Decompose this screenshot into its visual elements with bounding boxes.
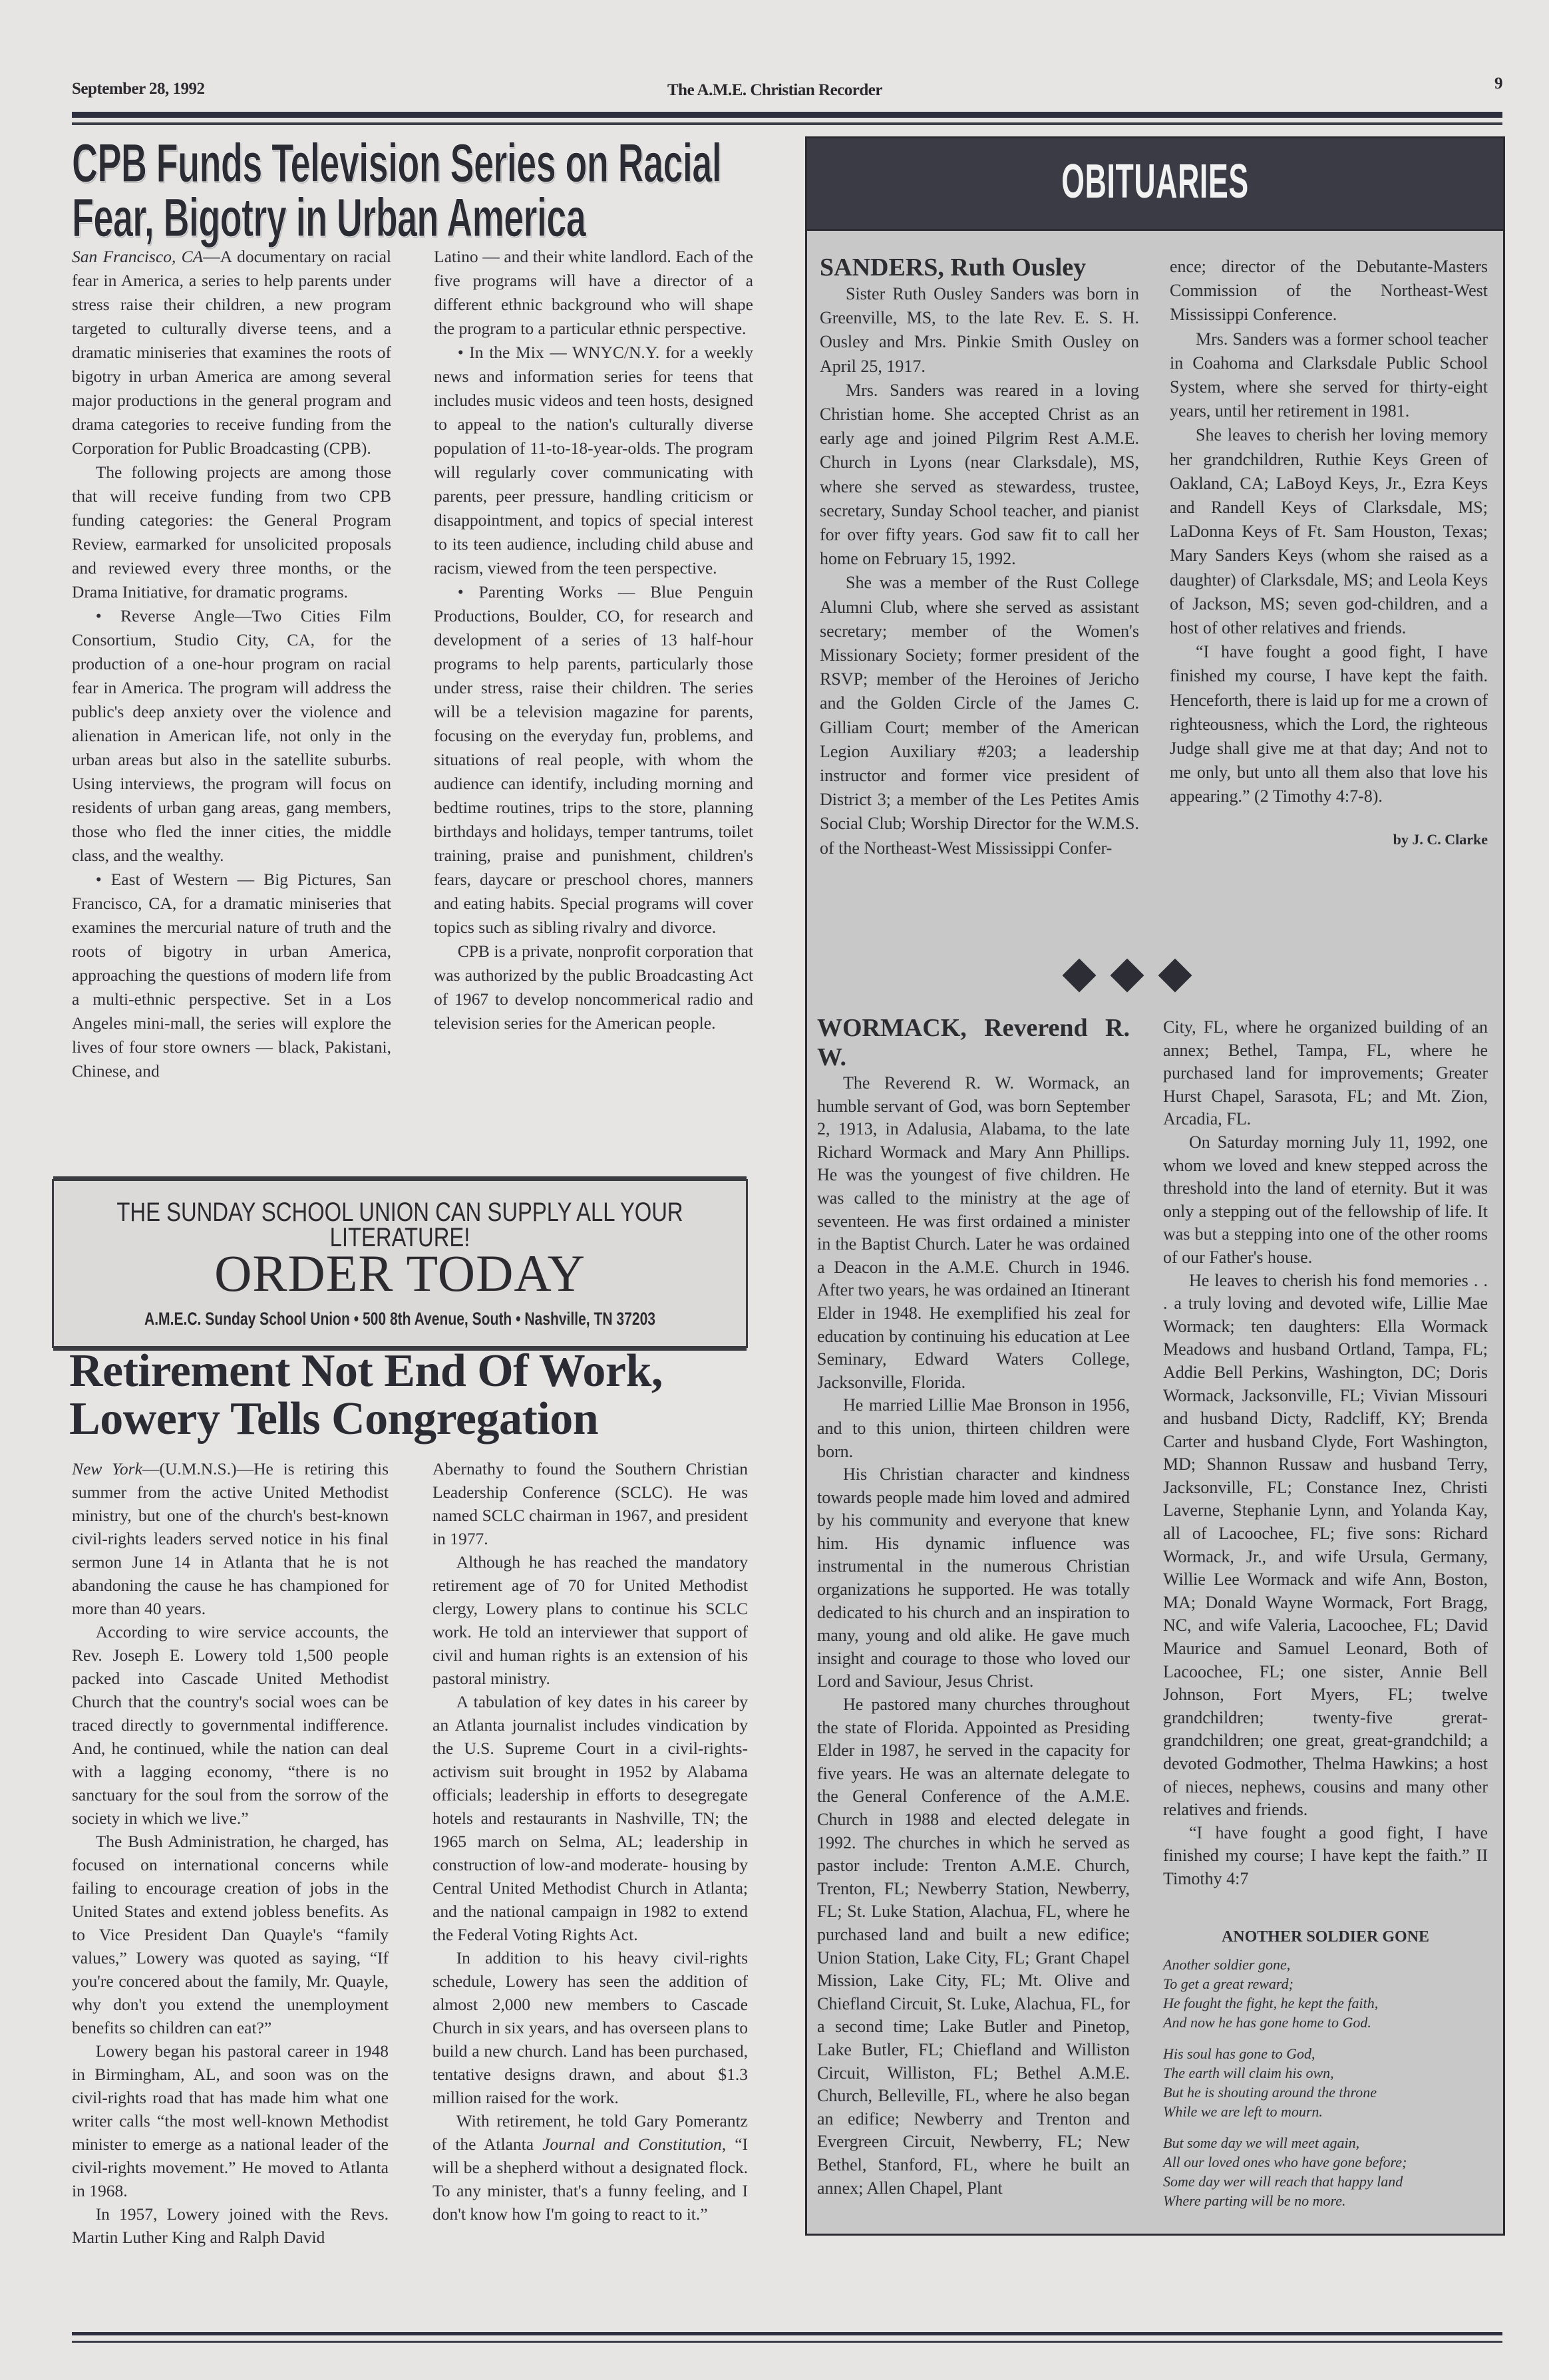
running-header: September 28, 1992 The A.M.E. Christian … <box>72 75 1502 101</box>
poem-line: But he is shouting around the throne <box>1163 2083 1488 2102</box>
obituaries-banner: OBITUARIES <box>805 136 1505 231</box>
diamond-icon <box>1063 959 1097 993</box>
dateline: San Francisco, CA <box>72 247 203 266</box>
paragraph: CPB is a private, nonprofit corporation … <box>434 939 753 1035</box>
sunday-school-union-ad: THE SUNDAY SCHOOL UNION CAN SUPPLY ALL Y… <box>52 1179 748 1348</box>
paragraph: Latino — and their white landlord. Each … <box>434 245 753 341</box>
paragraph: On Saturday morning July 11, 1992, one w… <box>1163 1131 1488 1270</box>
section-separator <box>1058 958 1198 998</box>
headline-cpb: CPB Funds Television Series on Racial Fe… <box>72 136 748 246</box>
obituary-name: SANDERS, Ruth Ousley <box>820 253 1139 282</box>
poem-line: To get a great reward; <box>1163 1974 1488 1993</box>
issue-date: September 28, 1992 <box>72 80 205 98</box>
poem-line: But some day we will meet again, <box>1163 2133 1488 2152</box>
poem-line: Some day wer will reach that happy land <box>1163 2172 1488 2191</box>
paragraph: A tabulation of key dates in his career … <box>432 1690 748 1946</box>
sanders-column-2: ence; director of the Debutante-Masters … <box>1170 255 1488 852</box>
footer-rule <box>72 2332 1502 2342</box>
obituary-name: WORMACK, Reverend R. W. <box>817 1013 1130 1072</box>
dateline: New York <box>72 1459 142 1478</box>
poem-line: The earth will claim his own, <box>1163 2063 1488 2083</box>
paragraph: Abernathy to found the Southern Christia… <box>432 1457 748 1550</box>
headline-lowery: Retirement Not End Of Work, Lowery Tells… <box>69 1347 761 1443</box>
lowery-column-1: New York—(U.M.N.S.)—He is retiring this … <box>72 1457 389 2249</box>
poem-title: ANOTHER SOLDIER GONE <box>1163 1926 1488 1949</box>
ad-order-today: ORDER TODAY <box>54 1248 746 1299</box>
byline: by J. C. Clarke <box>1170 828 1488 852</box>
paragraph: He leaves to cherish his fond memories .… <box>1163 1270 1488 1822</box>
poem-line: His soul has gone to God, <box>1163 2044 1488 2063</box>
poem-line: While we are left to mourn. <box>1163 2102 1488 2121</box>
obituaries-title: OBITUARIES <box>940 154 1371 209</box>
paragraph: The Bush Administration, he charged, has… <box>72 1830 389 2039</box>
header-rule <box>72 112 1502 126</box>
wormack-column-2: City, FL, where he organized building of… <box>1163 1016 1488 2210</box>
paragraph: She leaves to cherish her loving memory … <box>1170 423 1488 640</box>
obituaries-section: OBITUARIES SANDERS, Ruth Ousley Sister R… <box>805 136 1505 2236</box>
paragraph: Sister Ruth Ousley Sanders was born in G… <box>820 282 1139 379</box>
cpb-column-2: Latino — and their white landlord. Each … <box>434 245 753 1035</box>
paragraph: Mrs. Sanders was a former school teacher… <box>1170 327 1488 424</box>
newspaper-page: September 28, 1992 The A.M.E. Christian … <box>0 0 1549 2380</box>
diamond-icon <box>1158 959 1192 993</box>
sanders-column-1: SANDERS, Ruth Ousley Sister Ruth Ousley … <box>820 253 1139 860</box>
paragraph: • In the Mix — WNYC/N.Y. for a weekly ne… <box>434 341 753 580</box>
page-number: 9 <box>1494 75 1502 93</box>
paragraph: “I have fought a good fight, I have fini… <box>1163 1822 1488 1891</box>
poem-line: All our loved ones who have gone before; <box>1163 2152 1488 2172</box>
poem-line: And now he has gone home to God. <box>1163 2013 1488 2032</box>
paragraph: San Francisco, CA—A documentary on racia… <box>72 245 391 460</box>
paragraph: The following projects are among those t… <box>72 460 391 604</box>
paragraph: He pastored many churches throughout the… <box>817 1693 1130 2200</box>
paragraph: In 1957, Lowery joined with the Revs. Ma… <box>72 2202 389 2249</box>
poem-line: He fought the fight, he kept the faith, <box>1163 1993 1488 2013</box>
publication-name: The A.M.E. Christian Recorder <box>667 81 882 100</box>
paragraph: ence; director of the Debutante-Masters … <box>1170 255 1488 327</box>
ad-address: A.M.E.C. Sunday School Union • 500 8th A… <box>130 1309 669 1329</box>
publication-reference: Journal and Constitution, <box>542 2134 726 2154</box>
paragraph: City, FL, where he organized building of… <box>1163 1016 1488 1131</box>
paragraph: “I have fought a good fight, I have fini… <box>1170 640 1488 808</box>
paragraph: Although he has reached the mandatory re… <box>432 1550 748 1690</box>
diamond-icon <box>1111 959 1144 993</box>
paragraph: She was a member of the Rust College Alu… <box>820 571 1139 860</box>
paragraph: • Parenting Works — Blue Penguin Product… <box>434 580 753 939</box>
paragraph: His Christian character and kindness tow… <box>817 1463 1130 1693</box>
paragraph: • Reverse Angle—Two Cities Film Consorti… <box>72 604 391 868</box>
wormack-column-1: WORMACK, Reverend R. W. The Reverend R. … <box>817 1013 1130 2200</box>
paragraph: In addition to his heavy civil-rights sc… <box>432 1946 748 2109</box>
paragraph: Lowery began his pastoral career in 1948… <box>72 2039 389 2202</box>
paragraph: According to wire service accounts, the … <box>72 1620 389 1830</box>
cpb-column-1: San Francisco, CA—A documentary on racia… <box>72 245 391 1083</box>
paragraph: • East of Western — Big Pictures, San Fr… <box>72 868 391 1083</box>
ad-tagline: THE SUNDAY SCHOOL UNION CAN SUPPLY ALL Y… <box>116 1200 684 1250</box>
paragraph: New York—(U.M.N.S.)—He is retiring this … <box>72 1457 389 1620</box>
poem-line: Where parting will be no more. <box>1163 2191 1488 2210</box>
lowery-column-2: Abernathy to found the Southern Christia… <box>432 1457 748 2226</box>
poem-line: Another soldier gone, <box>1163 1955 1488 1974</box>
paragraph: Mrs. Sanders was reared in a loving Chri… <box>820 379 1139 572</box>
paragraph: He married Lillie Mae Bronson in 1956, a… <box>817 1394 1130 1463</box>
paragraph: With retirement, he told Gary Pomerantz … <box>432 2109 748 2226</box>
paragraph: The Reverend R. W. Wormack, an humble se… <box>817 1072 1130 1394</box>
